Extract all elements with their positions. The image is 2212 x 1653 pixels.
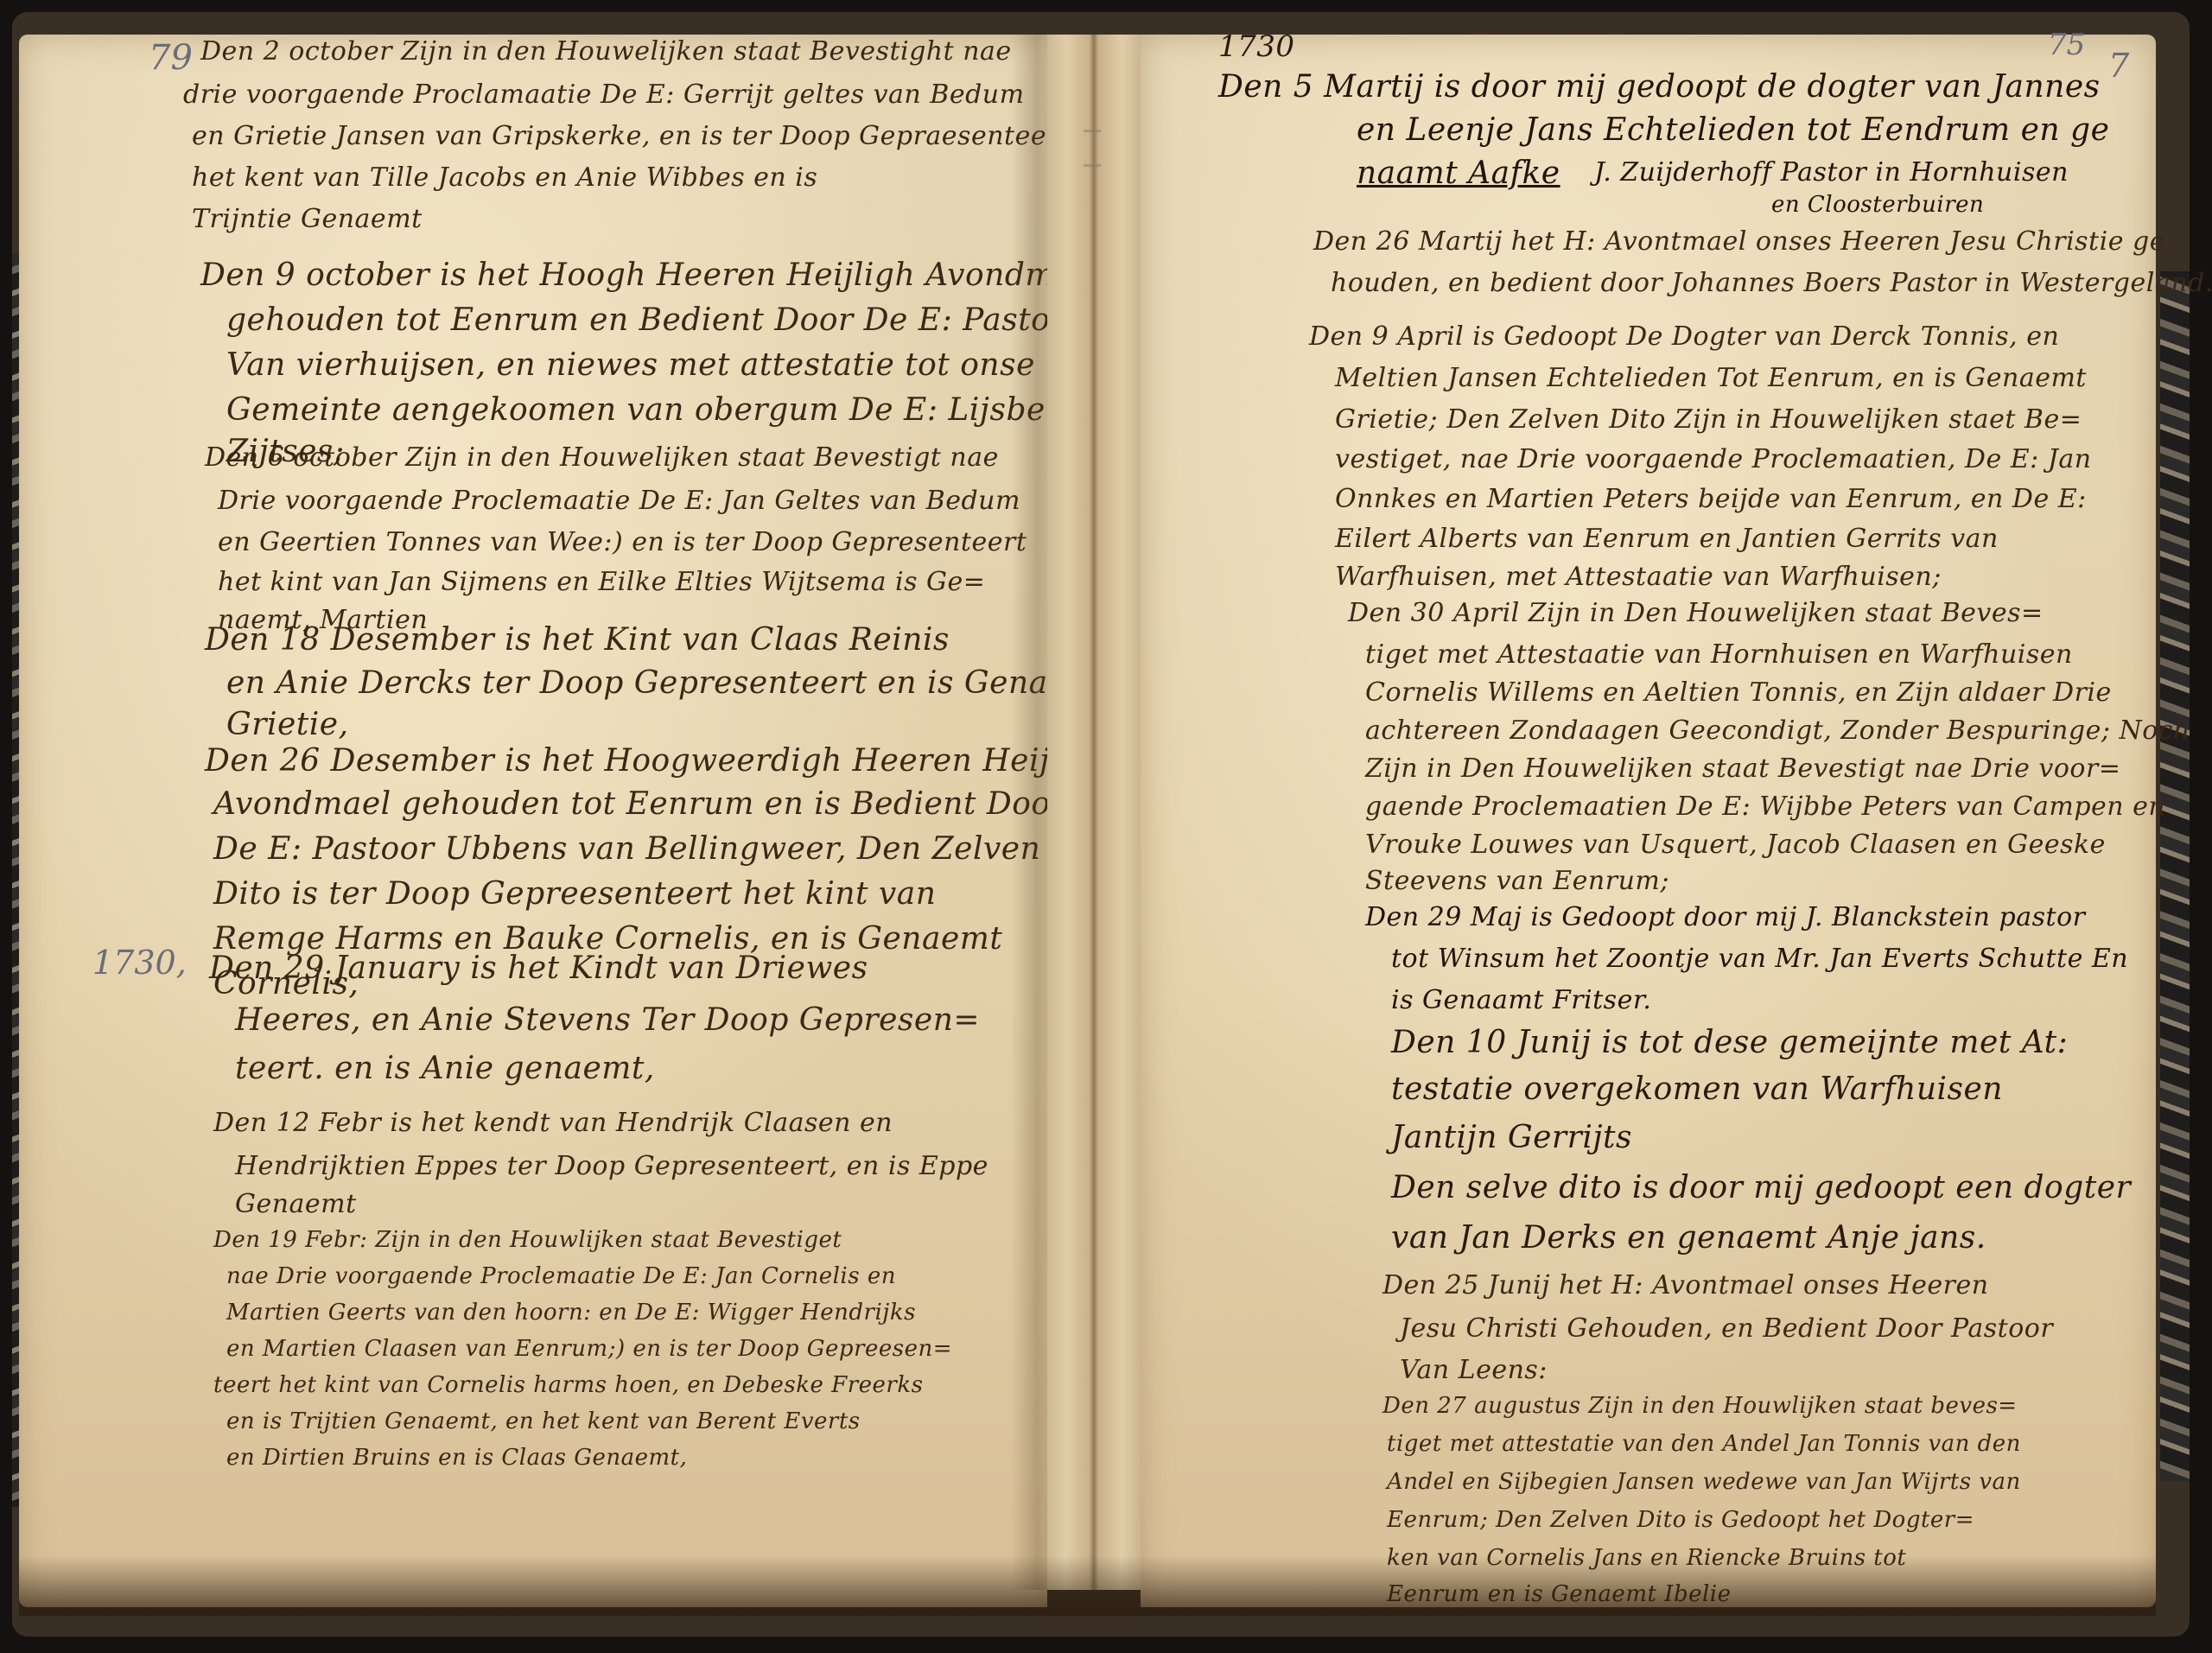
- page-bottom-shadow: [19, 1555, 2156, 1616]
- year-header: 1730: [1218, 29, 1295, 64]
- left-page: 79 1730, Den 2 october Zijn in den Houwe…: [19, 35, 1047, 1607]
- pastor-signature: J. Zuijderhoff Pastor in Hornhuisen: [1594, 157, 2069, 188]
- marbled-cover-edge-right: [2160, 271, 2190, 1481]
- page-number: 79: [149, 38, 193, 78]
- bleed-mark: [1084, 130, 1101, 132]
- page-number-pencil: 75: [2048, 28, 2085, 62]
- book-gutter: [1047, 35, 1141, 1590]
- margin-year: 1730,: [92, 944, 187, 982]
- right-page: 1730 75 7 Den 5 Martij is door mij gedoo…: [1141, 35, 2156, 1607]
- bleed-mark: [1084, 164, 1101, 167]
- page-number-pencil-alt: 7: [2108, 47, 2129, 85]
